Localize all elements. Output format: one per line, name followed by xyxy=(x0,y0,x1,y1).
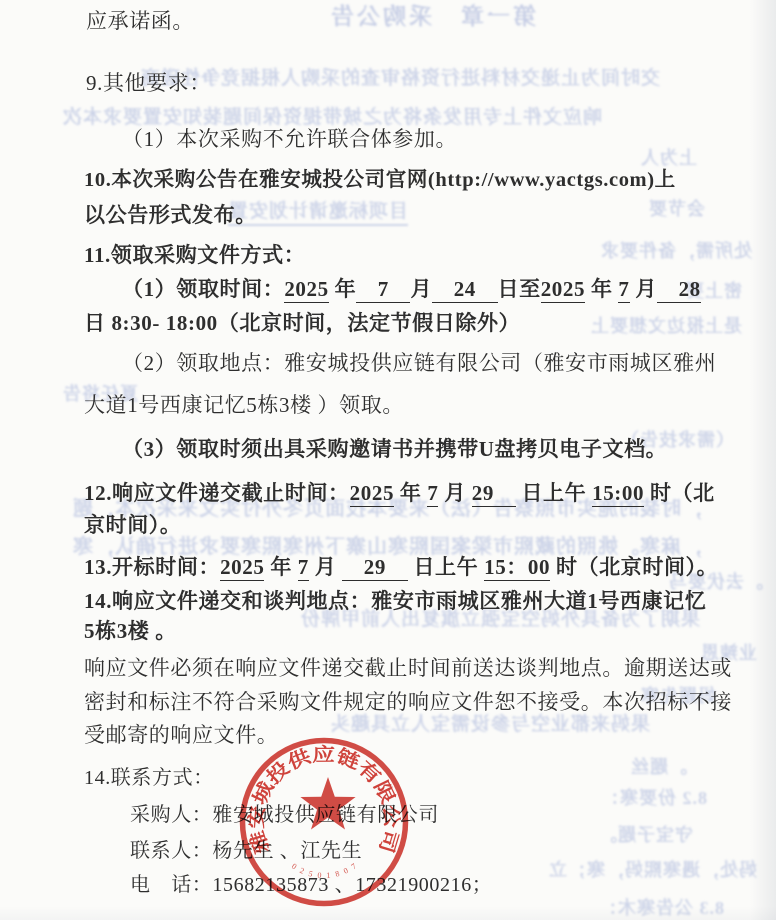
fill-in-value: 2025 xyxy=(220,555,264,581)
fill-in-value: 2025 xyxy=(350,481,394,507)
doc-text: 12.响应文件递交截止时间： xyxy=(84,481,350,505)
doc-text: 年 xyxy=(585,277,618,301)
doc-text: 14.联系方式： xyxy=(84,767,214,789)
doc-line: 大道1号西康记忆5栋3楼 ）领取。 xyxy=(84,392,404,418)
doc-text: 应承诺函。 xyxy=(86,9,194,33)
doc-text: 月 xyxy=(630,277,657,301)
doc-text: 京时间）。 xyxy=(84,513,182,537)
doc-text: 月 xyxy=(309,555,342,579)
doc-line: 9.其他要求： xyxy=(86,70,211,96)
doc-text: 时（北京时间）。 xyxy=(550,555,718,579)
doc-line: （1）本次采购不允许联合体参加。 xyxy=(122,126,457,152)
doc-text: （1）本次采购不允许联合体参加。 xyxy=(122,127,457,151)
doc-line: 12.响应文件递交截止时间：2025 年 7 月 29 日上午 15:00 时（… xyxy=(84,480,715,506)
doc-line: 响应文件必须在响应文件递交截止时间前送达谈判地点。逾期送达或 xyxy=(84,655,732,681)
doc-text: 月 xyxy=(410,277,432,301)
doc-line: （3）领取时须出具采购邀请书并携带U盘拷贝电子文档。 xyxy=(122,436,667,462)
doc-text: 5栋3楼 。 xyxy=(84,619,177,643)
doc-line: 10.本次采购公告在雅安城投公司官网(http://www.yactgs.com… xyxy=(84,168,676,194)
doc-text: （1）领取时间： xyxy=(122,277,284,301)
doc-line: 京时间）。 xyxy=(84,512,182,538)
doc-line: 13.开标时间：2025 年 7 月 29 日上午 15：00 时（北京时间）。 xyxy=(84,554,718,580)
doc-line: 密封和标注不符合采购文件规定的响应文件恕不接受。本次招标不接 xyxy=(84,689,732,715)
fill-in-value: 7 xyxy=(298,555,309,581)
doc-text: 日上午 xyxy=(516,481,593,505)
doc-text: 13.开标时间： xyxy=(84,555,220,579)
doc-line: 日 8:30- 18:00（北京时间，法定节假日除外） xyxy=(84,310,520,336)
doc-text: （2）领取地点：雅安城投供应链有限公司（雅安市雨城区雅州 xyxy=(122,351,716,375)
doc-line: 以公告形式发布。 xyxy=(84,202,257,228)
doc-text: 密封和标注不符合采购文件规定的响应文件恕不接受。本次招标不接 xyxy=(84,690,732,714)
document-page: 第一章 采购公告 交时间为止递交材料进行资格审查的采购人根据竞争性磋商响应文件上… xyxy=(0,0,776,920)
doc-line: 5栋3楼 。 xyxy=(84,618,177,644)
doc-text: 日上午 xyxy=(408,555,485,579)
fill-in-value: 29 xyxy=(472,481,516,507)
doc-text: 年 xyxy=(264,555,297,579)
doc-text: 10.本次采购公告在雅安城投公司官网(http://www.yactgs.com… xyxy=(84,169,676,191)
doc-text: 响应文件必须在响应文件递交截止时间前送达谈判地点。逾期送达或 xyxy=(84,656,732,680)
fill-in-value: 15:00 xyxy=(592,481,644,507)
doc-text: （3）领取时须出具采购邀请书并携带U盘拷贝电子文档。 xyxy=(122,437,667,461)
doc-text: 年 xyxy=(329,277,356,301)
fill-in-value: 2025 xyxy=(541,277,585,303)
doc-text: 以公告形式发布。 xyxy=(84,203,257,227)
company-seal: 雅安城投供应链有限公司 02501807 xyxy=(228,726,424,920)
doc-text: 日至 xyxy=(498,277,541,301)
doc-line: 14.联系方式： xyxy=(84,766,214,791)
fill-in-value: 28 xyxy=(657,277,701,303)
doc-line: 11.领取采购文件方式： xyxy=(84,242,305,268)
fill-in-value: 7 xyxy=(618,277,629,303)
doc-line: （1）领取时间：2025 年 7 月 24 日至2025 年 7 月 28 xyxy=(122,276,701,302)
fill-in-value: 15：00 xyxy=(484,555,550,581)
fill-in-value: 7 xyxy=(427,481,438,507)
fill-in-value: 24 xyxy=(432,277,497,303)
doc-line: （2）领取地点：雅安城投供应链有限公司（雅安市雨城区雅州 xyxy=(122,350,716,376)
doc-text: 月 xyxy=(438,481,471,505)
doc-text: 9.其他要求： xyxy=(86,71,211,95)
seal-code: 02501807 xyxy=(290,862,358,880)
doc-line: 应承诺函。 xyxy=(86,8,194,34)
doc-text: 11.领取采购文件方式： xyxy=(84,243,305,267)
fill-in-value: 7 xyxy=(356,277,410,303)
seal-star-icon xyxy=(300,777,355,830)
doc-line: 14.响应文件递交和谈判地点：雅安市雨城区雅州大道1号西康记忆 xyxy=(84,588,706,614)
doc-text: 大道1号西康记忆5栋3楼 ）领取。 xyxy=(84,393,404,417)
doc-text: 时（北 xyxy=(644,481,715,505)
doc-text: 年 xyxy=(394,481,427,505)
doc-text: 日 8:30- 18:00（北京时间，法定节假日除外） xyxy=(84,311,520,335)
fill-in-value: 2025 xyxy=(284,277,328,303)
doc-text: 14.响应文件递交和谈判地点：雅安市雨城区雅州大道1号西康记忆 xyxy=(84,589,706,613)
fill-in-value: 29 xyxy=(342,555,407,581)
